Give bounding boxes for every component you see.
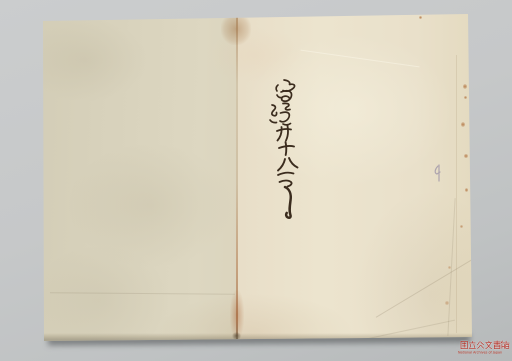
foxing-spot [463, 84, 467, 89]
under-sheet-edge-line [456, 55, 457, 333]
foxing-spot [448, 266, 451, 269]
calligraphy-title [255, 72, 315, 227]
archives-watermark: National Archives of Japan [458, 340, 512, 360]
foxing-spot [419, 16, 422, 19]
document-spread [0, 0, 512, 361]
watermark-kanji [458, 340, 512, 350]
foxing-spot [445, 301, 449, 305]
photo-background: National Archives of Japan [0, 0, 512, 361]
fold-stain-top [221, 13, 251, 45]
foxing-spot [465, 188, 468, 192]
foxing-spot [464, 96, 467, 99]
foxing-spot [464, 154, 468, 158]
faint-pencil-mark [431, 163, 445, 185]
watermark-english-label: National Archives of Japan [458, 351, 484, 354]
foxing-spot [461, 122, 465, 127]
foxing-spot [460, 225, 463, 228]
